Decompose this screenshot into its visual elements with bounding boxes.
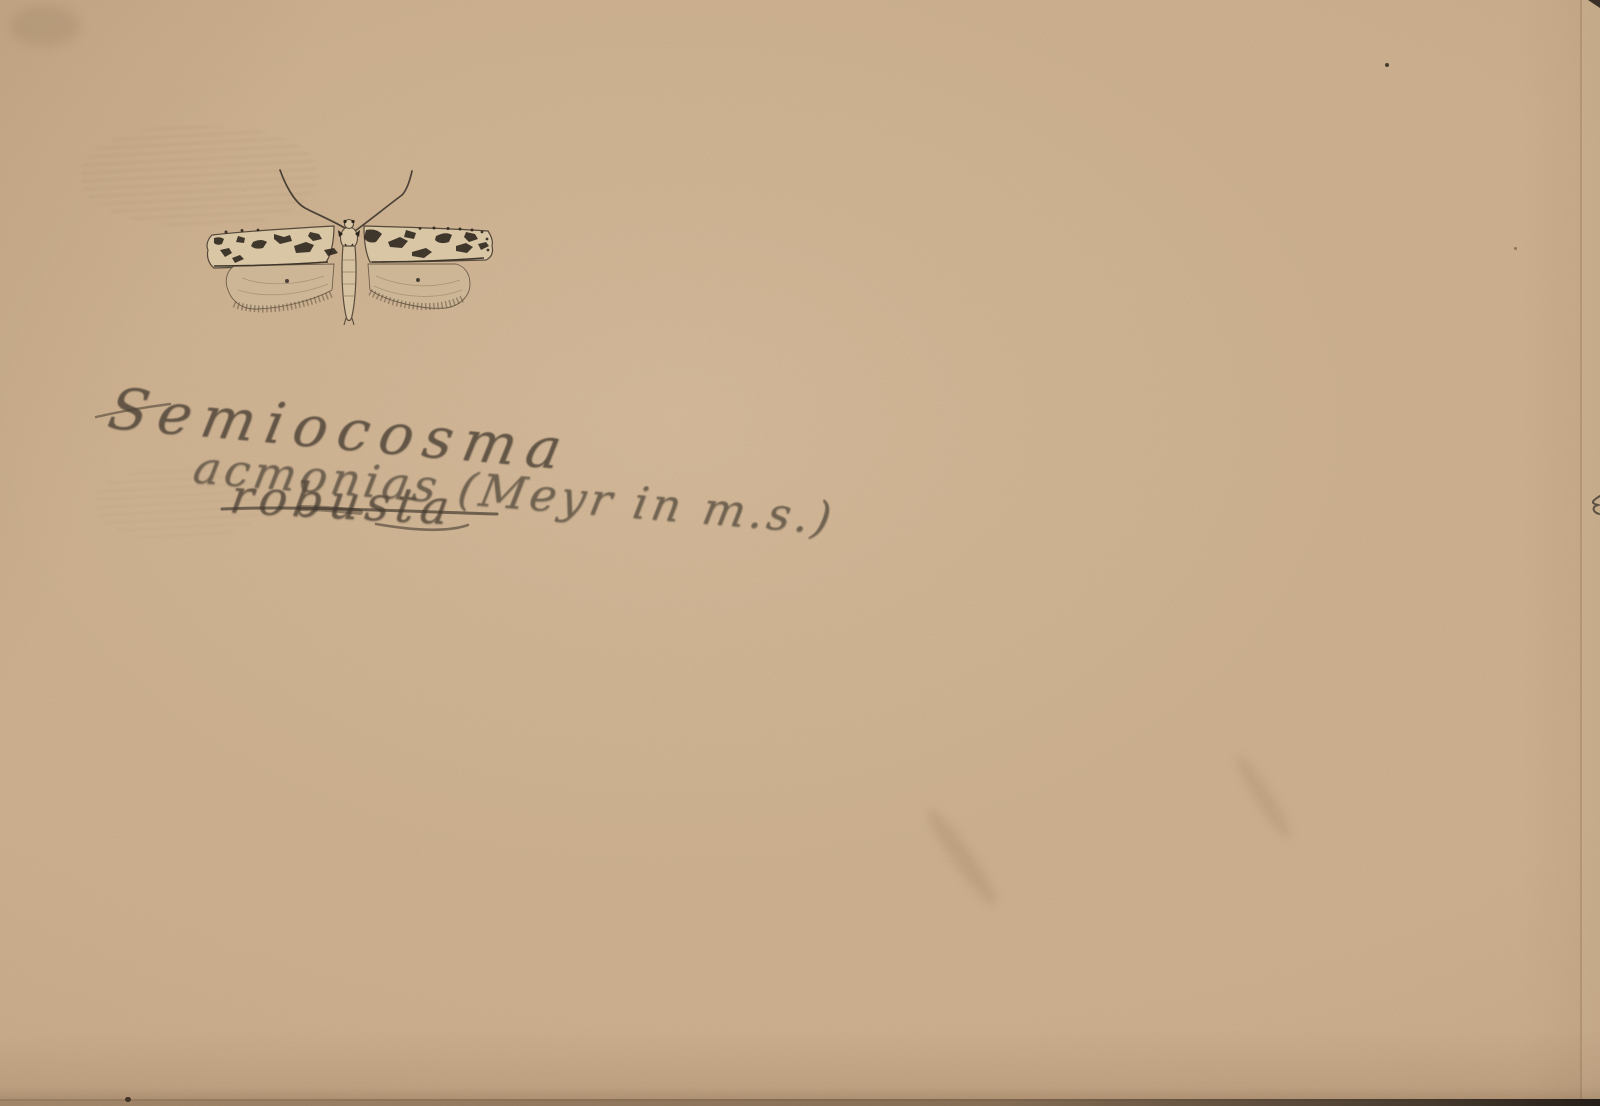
moth-head xyxy=(345,220,354,229)
paper-smudge xyxy=(1230,751,1296,843)
moth-forewing-pattern xyxy=(214,227,489,264)
moth-right-discal-dot xyxy=(416,278,420,282)
moth-thorax xyxy=(341,227,358,249)
moth-right-palpus xyxy=(351,220,354,223)
moth-thorax-chevron xyxy=(345,244,353,249)
moth-right-hindwing xyxy=(368,264,470,308)
right-page-crease xyxy=(1580,0,1582,1106)
ghost-impressions-upper-left xyxy=(82,126,317,226)
right-page-edge-highlight xyxy=(1582,0,1600,1106)
moth-left-fringe xyxy=(234,294,332,309)
moth-right-antenna xyxy=(355,171,412,231)
moth-left-forewing xyxy=(207,226,334,268)
paper-smudge xyxy=(920,803,1004,911)
moth-abdomen-tip xyxy=(344,318,354,325)
dark-speck xyxy=(1385,63,1389,67)
moth-right-forewing xyxy=(364,226,493,262)
moth-abdomen xyxy=(342,246,356,321)
paper-smudge xyxy=(10,6,80,46)
dark-speck xyxy=(1514,247,1517,250)
sketchbook-page: Semiocosma acmonias (Meyr in m.s.) robus… xyxy=(0,0,1600,1106)
moth-right-fringe xyxy=(370,292,464,307)
moth-left-palpus xyxy=(343,220,346,223)
moth-left-hindwing xyxy=(226,264,334,309)
moth-abdomen-segments xyxy=(343,260,356,296)
moth-right-forewing-margin xyxy=(372,258,484,262)
moth-left-forewing-margin xyxy=(214,262,328,266)
bottom-page-edge xyxy=(0,1099,1600,1106)
moth-left-discal-dot xyxy=(285,279,289,283)
handwriting-struck-name: robusta xyxy=(226,470,459,536)
moth-wing-base-marks xyxy=(338,230,360,237)
